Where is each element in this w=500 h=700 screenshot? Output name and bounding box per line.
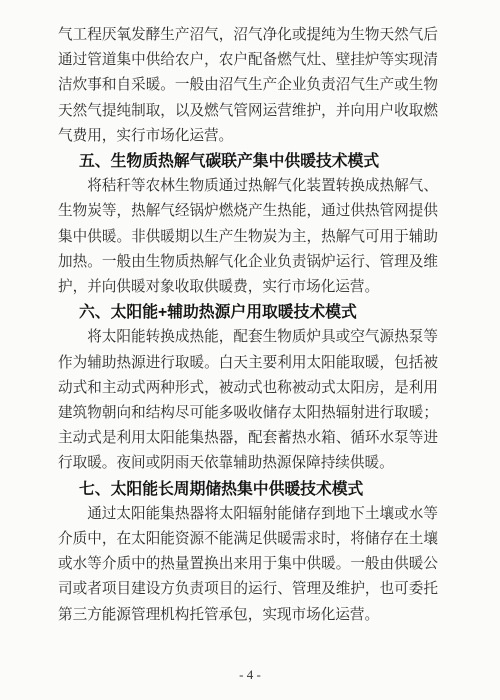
section-heading-5-biomass-pyrolysis: 五、生物质热解气碳联产集中供暖技术模式 bbox=[58, 149, 438, 174]
section-heading-6-solar-auxiliary: 六、太阳能+辅助热源户用取暖技术模式 bbox=[58, 300, 438, 325]
paragraph-biogas-continuation: 气工程厌氧发酵生产沼气，沼气净化或提纯为生物天然气后通过管道集中供给农户，农户配… bbox=[58, 23, 438, 149]
paragraph-solar-auxiliary: 将太阳能转换成热能，配套生物质炉具或空气源热泵等作为辅助热源进行取暖。白天主要利… bbox=[58, 325, 438, 476]
document-body: 气工程厌氧发酵生产沼气，沼气净化或提纯为生物天然气后通过管道集中供给农户，农户配… bbox=[58, 23, 438, 628]
page-number: - 4 - bbox=[0, 667, 500, 683]
section-heading-7-solar-storage: 七、太阳能长周期储热集中供暖技术模式 bbox=[58, 477, 438, 502]
paragraph-solar-storage: 通过太阳能集热器将太阳辐射能储存到地下土壤或水等介质中，在太阳能资源不能满足供暖… bbox=[58, 502, 438, 628]
paragraph-biomass-pyrolysis: 将秸秆等农林生物质通过热解气化装置转换成热解气、生物炭等，热解气经锅炉燃烧产生热… bbox=[58, 174, 438, 300]
document-page: 气工程厌氧发酵生产沼气，沼气净化或提纯为生物天然气后通过管道集中供给农户，农户配… bbox=[0, 0, 500, 700]
